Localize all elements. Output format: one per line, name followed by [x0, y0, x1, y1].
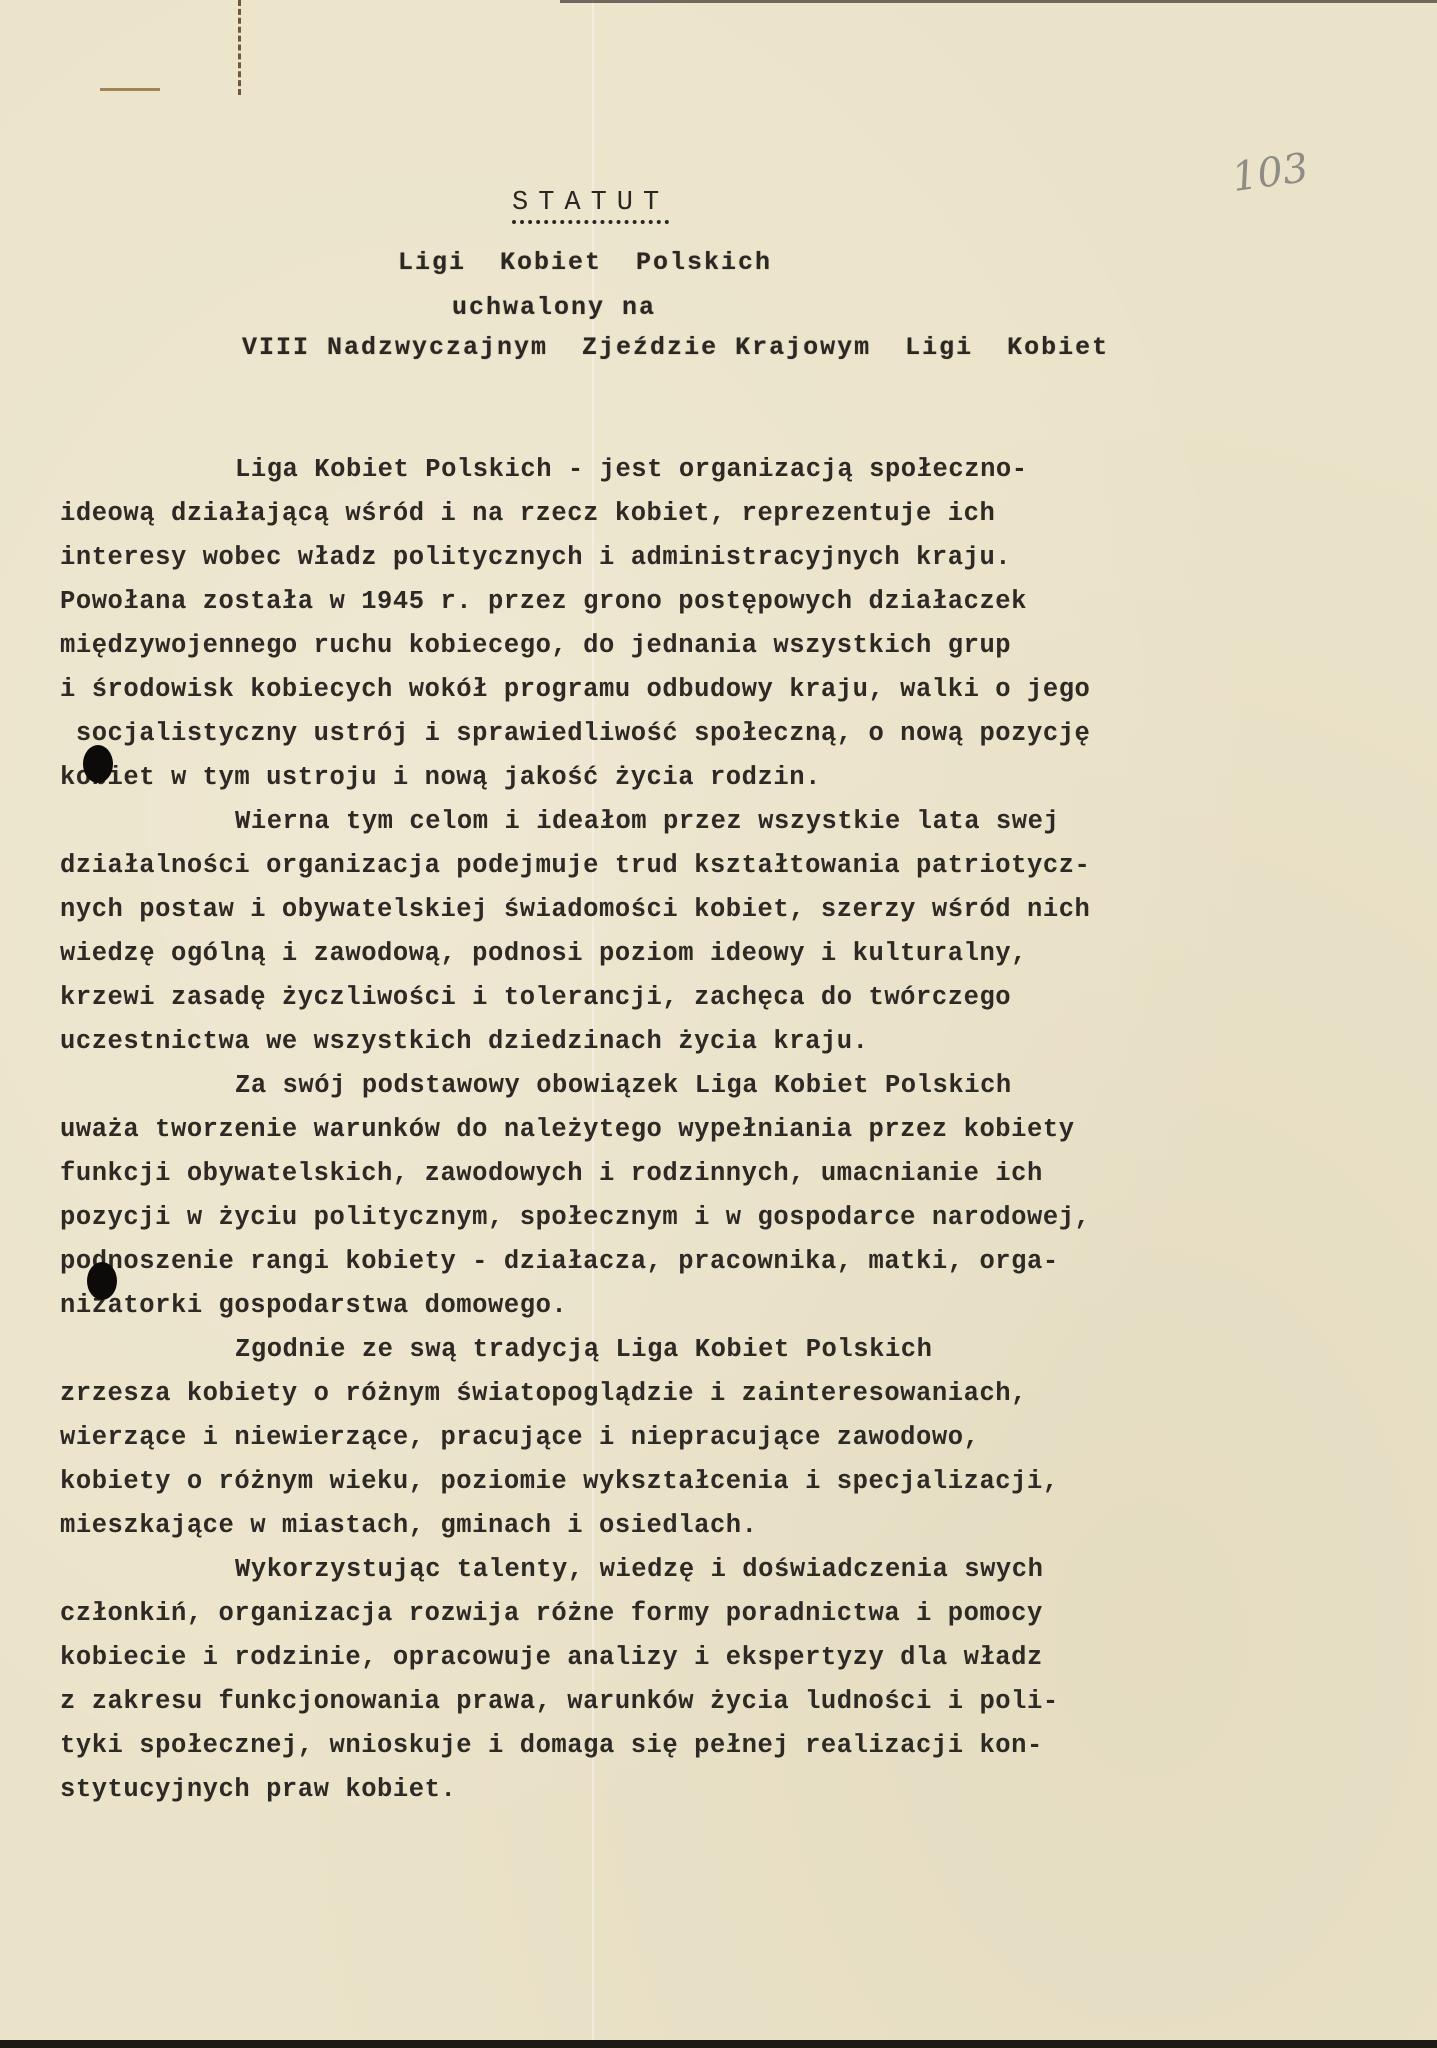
paragraph-4: Zgodnie ze swą tradycją Liga Kobiet Pols…	[60, 1328, 1240, 1548]
text-line: członkiń, organizacja rozwija różne form…	[60, 1592, 1240, 1636]
text-line: zrzesza kobiety o różnym światopoglądzie…	[60, 1372, 1240, 1416]
text-line: Liga Kobiet Polskich - jest organizacją …	[60, 448, 1240, 492]
text-line: mieszkające w miastach, gminach i osiedl…	[60, 1504, 1240, 1548]
subtitle-adopted-at: uchwalony na	[452, 293, 656, 322]
text-line: pozycji w życiu politycznym, społecznym …	[60, 1196, 1240, 1240]
text-line: funkcji obywatelskich, zawodowych i rodz…	[60, 1152, 1240, 1196]
text-line: Zgodnie ze swą tradycją Liga Kobiet Pols…	[60, 1328, 1240, 1372]
text-line: nych postaw i obywatelskiej świadomości …	[60, 888, 1240, 932]
text-line: wierzące i niewierzące, pracujące i niep…	[60, 1416, 1240, 1460]
paragraph-2: Wierna tym celom i ideałom przez wszystk…	[60, 800, 1240, 1064]
text-line: tyki społecznej, wnioskuje i domaga się …	[60, 1724, 1240, 1768]
text-line: uczestnictwa we wszystkich dziedzinach ż…	[60, 1020, 1240, 1064]
text-line: ideową działającą wśród i na rzecz kobie…	[60, 492, 1240, 536]
corner-dash-mark	[100, 88, 160, 91]
text-line: Powołana została w 1945 r. przez grono p…	[60, 580, 1240, 624]
text-line: kobiety o różnym wieku, poziomie wykszta…	[60, 1460, 1240, 1504]
top-edge-shadow	[560, 0, 1437, 3]
corner-vertical-mark	[238, 0, 244, 95]
text-line: podnoszenie rangi kobiety - działacza, p…	[60, 1240, 1240, 1284]
text-line: Wierna tym celom i ideałom przez wszystk…	[60, 800, 1240, 844]
punch-hole-upper	[83, 745, 113, 783]
text-line: socjalistyczny ustrój i sprawiedliwość s…	[60, 712, 1240, 756]
text-line: kobiecie i rodzinie, opracowuje analizy …	[60, 1636, 1240, 1680]
text-line: interesy wobec władz politycznych i admi…	[60, 536, 1240, 580]
subtitle-organization: Ligi Kobiet Polskich	[398, 248, 772, 277]
text-line: nizatorki gospodarstwa domowego.	[60, 1284, 1240, 1328]
text-line: kobiet w tym ustroju i nową jakość życia…	[60, 756, 1240, 800]
paragraph-1: Liga Kobiet Polskich - jest organizacją …	[60, 448, 1240, 800]
corner-archive-mark	[78, 70, 173, 100]
document-title: STATUT	[512, 188, 669, 224]
text-line: Za swój podstawowy obowiązek Liga Kobiet…	[60, 1064, 1240, 1108]
paragraph-5: Wykorzystując talenty, wiedzę i doświadc…	[60, 1548, 1240, 1812]
text-line: międzywojennego ruchu kobiecego, do jedn…	[60, 624, 1240, 668]
text-line: krzewi zasadę życzliwości i tolerancji, …	[60, 976, 1240, 1020]
text-line: działalności organizacja podejmuje trud …	[60, 844, 1240, 888]
paragraph-3: Za swój podstawowy obowiązek Liga Kobiet…	[60, 1064, 1240, 1328]
bottom-edge-shadow	[0, 2040, 1437, 2048]
text-line: z zakresu funkcjonowania prawa, warunków…	[60, 1680, 1240, 1724]
text-line: i środowisk kobiecych wokół programu odb…	[60, 668, 1240, 712]
text-line: Wykorzystując talenty, wiedzę i doświadc…	[60, 1548, 1240, 1592]
statute-body: Liga Kobiet Polskich - jest organizacją …	[60, 448, 1240, 1812]
subtitle-congress: VIII Nadzwyczajnym Zjeździe Krajowym Lig…	[242, 333, 1109, 362]
text-line: stytucyjnych praw kobiet.	[60, 1768, 1240, 1812]
text-line: wiedzę ogólną i zawodową, podnosi poziom…	[60, 932, 1240, 976]
text-line: uważa tworzenie warunków do należytego w…	[60, 1108, 1240, 1152]
punch-hole-lower	[87, 1262, 117, 1300]
